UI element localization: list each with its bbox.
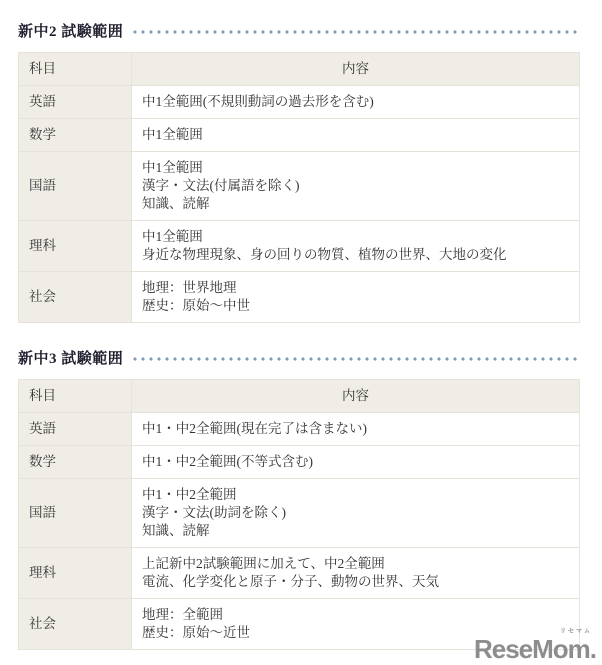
subject-column-header: 科目 (19, 53, 132, 86)
table-header-row: 科目 内容 (19, 380, 580, 413)
content-column-header: 内容 (132, 53, 580, 86)
subject-cell: 社会 (19, 272, 132, 323)
exam-table: 科目 内容 英語 中1・中2全範囲(現在完了は含まない) 数学 中1・中2全範囲… (18, 379, 580, 650)
table-row: 理科 中1全範囲身近な物理現象、身の回りの物質、植物の世界、大地の変化 (19, 221, 580, 272)
exam-range-section: 新中3 試験範囲 科目 内容 英語 中1・中2全範囲(現在完了は含まない) 数学… (18, 347, 580, 650)
resemom-logo: リセマム ReseMom. (474, 629, 596, 662)
subject-cell: 英語 (19, 413, 132, 446)
subject-cell: 理科 (19, 548, 132, 599)
table-body: 英語 中1・中2全範囲(現在完了は含まない) 数学 中1・中2全範囲(不等式含む… (19, 413, 580, 650)
section-title: 新中2 試験範囲 (18, 20, 123, 41)
content-column-header: 内容 (132, 380, 580, 413)
content-cell: 地理：世界地理歴史：原始～中世 (132, 272, 580, 323)
dotted-line-decoration (133, 357, 580, 361)
content-line: 漢字・文法(助詞を除く) (142, 504, 569, 522)
table-body: 英語 中1全範囲(不規則動詞の過去形を含む) 数学 中1全範囲 国語 中1全範囲… (19, 86, 580, 323)
logo-wordmark: ReseMom. (474, 636, 596, 662)
subject-cell: 数学 (19, 119, 132, 152)
content-cell: 中1・中2全範囲漢字・文法(助詞を除く)知識、読解 (132, 479, 580, 548)
table-header-row: 科目 内容 (19, 53, 580, 86)
content-line: 中1全範囲 (142, 159, 569, 177)
subject-cell: 国語 (19, 152, 132, 221)
subject-cell: 理科 (19, 221, 132, 272)
table-row: 国語 中1・中2全範囲漢字・文法(助詞を除く)知識、読解 (19, 479, 580, 548)
content-cell: 中1全範囲 (132, 119, 580, 152)
content-line: 中1全範囲(不規則動詞の過去形を含む) (142, 93, 569, 111)
subject-cell: 国語 (19, 479, 132, 548)
table-row: 社会 地理：世界地理歴史：原始～中世 (19, 272, 580, 323)
subject-cell: 数学 (19, 446, 132, 479)
content-cell: 中1全範囲漢字・文法(付属語を除く)知識、読解 (132, 152, 580, 221)
subject-cell: 社会 (19, 599, 132, 650)
table-row: 英語 中1全範囲(不規則動詞の過去形を含む) (19, 86, 580, 119)
content-line: 知識、読解 (142, 195, 569, 213)
content-line: 知識、読解 (142, 522, 569, 540)
content-line: 歴史：原始～中世 (142, 297, 569, 315)
content-cell: 上記新中2試験範囲に加えて、中2全範囲電流、化学変化と原子・分子、動物の世界、天… (132, 548, 580, 599)
section-header: 新中3 試験範囲 (18, 347, 580, 368)
content-line: 中1全範囲 (142, 126, 569, 144)
table-row: 数学 中1・中2全範囲(不等式含む) (19, 446, 580, 479)
content-line: 電流、化学変化と原子・分子、動物の世界、天気 (142, 573, 569, 591)
table-row: 理科 上記新中2試験範囲に加えて、中2全範囲電流、化学変化と原子・分子、動物の世… (19, 548, 580, 599)
content-cell: 中1全範囲(不規則動詞の過去形を含む) (132, 86, 580, 119)
content-line: 中1全範囲 (142, 228, 569, 246)
content-line: 漢字・文法(付属語を除く) (142, 177, 569, 195)
section-header: 新中2 試験範囲 (18, 20, 580, 41)
section-title: 新中3 試験範囲 (18, 347, 123, 368)
subject-cell: 英語 (19, 86, 132, 119)
content-line: 中1・中2全範囲 (142, 486, 569, 504)
content-line: 上記新中2試験範囲に加えて、中2全範囲 (142, 555, 569, 573)
content-line: 地理：世界地理 (142, 279, 569, 297)
exam-table: 科目 内容 英語 中1全範囲(不規則動詞の過去形を含む) 数学 中1全範囲 国語… (18, 52, 580, 323)
content-line: 地理：全範囲 (142, 606, 569, 624)
content-cell: 中1全範囲身近な物理現象、身の回りの物質、植物の世界、大地の変化 (132, 221, 580, 272)
content-line: 中1・中2全範囲(現在完了は含まない) (142, 420, 569, 438)
content-line: 中1・中2全範囲(不等式含む) (142, 453, 569, 471)
sections-container: 新中2 試験範囲 科目 内容 英語 中1全範囲(不規則動詞の過去形を含む) 数学… (18, 20, 580, 650)
content-cell: 中1・中2全範囲(不等式含む) (132, 446, 580, 479)
table-row: 英語 中1・中2全範囲(現在完了は含まない) (19, 413, 580, 446)
subject-column-header: 科目 (19, 380, 132, 413)
dotted-line-decoration (133, 30, 580, 34)
page: 新中2 試験範囲 科目 内容 英語 中1全範囲(不規則動詞の過去形を含む) 数学… (0, 0, 602, 650)
content-cell: 中1・中2全範囲(現在完了は含まない) (132, 413, 580, 446)
exam-range-section: 新中2 試験範囲 科目 内容 英語 中1全範囲(不規則動詞の過去形を含む) 数学… (18, 20, 580, 323)
table-row: 数学 中1全範囲 (19, 119, 580, 152)
table-row: 国語 中1全範囲漢字・文法(付属語を除く)知識、読解 (19, 152, 580, 221)
content-line: 身近な物理現象、身の回りの物質、植物の世界、大地の変化 (142, 246, 569, 264)
